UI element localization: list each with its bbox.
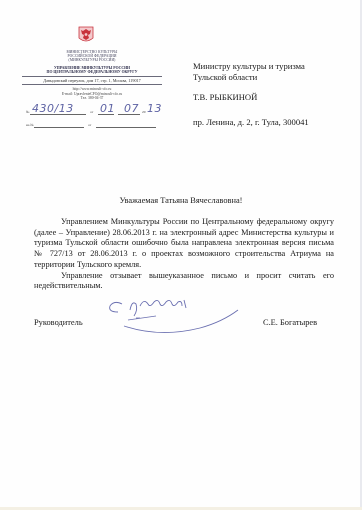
- registration-day: 01: [100, 102, 115, 115]
- number-prefix: №: [26, 110, 29, 114]
- letter-body: Управлением Минкультуры России по Центра…: [34, 217, 334, 292]
- addressee-title-line-2: Тульской области: [193, 72, 353, 83]
- letterhead-phone: Тел. 380-04-37: [22, 96, 162, 100]
- letterhead-address: Давыдовский переулок, дом 17, стр. 1, Мо…: [22, 76, 162, 85]
- reply-date-underline: [96, 127, 156, 128]
- reply-reference-line: на № от: [26, 122, 161, 130]
- department-line-2: ПО ЦЕНТРАЛЬНОМУ ФЕДЕРАЛЬНОМУ ОКРУГУ: [22, 70, 162, 74]
- date-prefix: от: [90, 110, 93, 114]
- body-paragraph-1: Управлением Минкультуры России по Центра…: [34, 217, 334, 271]
- reply-number-label: на №: [26, 123, 34, 127]
- registration-month: 07: [124, 102, 139, 115]
- letterhead-contacts: http://www.mincult-cfo.ru E-mail: Upravl…: [22, 87, 162, 100]
- year-prefix: 20: [142, 110, 146, 114]
- ministry-line-3: (МИНКУЛЬТУРЫ РОССИИ): [22, 58, 162, 62]
- body-paragraph-2: Управление отзывает вышеуказанное письмо…: [34, 271, 334, 292]
- salutation: Уважаемая Татьяна Вячеславовна!: [0, 196, 362, 205]
- addressee-block: Министру культуры и туризма Тульской обл…: [193, 61, 353, 127]
- addressee-name: Т.В. РЫБКИНОЙ: [193, 92, 353, 103]
- registration-line: № 430/13 от 01 07 20 13: [26, 103, 161, 117]
- signatory-role: Руководитель: [34, 318, 83, 327]
- registration-year: 13: [147, 102, 162, 115]
- department-name: УПРАВЛЕНИЕ МИНКУЛЬТУРЫ РОССИИ ПО ЦЕНТРАЛ…: [22, 66, 162, 75]
- ministry-name: МИНИСТЕРСТВО КУЛЬТУРЫ РОССИЙСКОЙ ФЕДЕРАЦ…: [22, 50, 162, 63]
- reply-date-label: от: [88, 123, 91, 127]
- registration-number: 430/13: [32, 102, 74, 115]
- addressee-title-line-1: Министру культуры и туризма: [193, 61, 353, 72]
- addressee-address: пр. Ленина, д. 2, г. Тула, 300041: [193, 117, 353, 128]
- signatory-name: С.Е. Богатырев: [263, 318, 317, 327]
- russian-coat-of-arms-icon: [78, 26, 94, 44]
- letter-page: МИНИСТЕРСТВО КУЛЬТУРЫ РОССИЙСКОЙ ФЕДЕРАЦ…: [0, 0, 362, 510]
- reply-number-underline: [34, 127, 84, 128]
- handwritten-signature-icon: [100, 290, 240, 340]
